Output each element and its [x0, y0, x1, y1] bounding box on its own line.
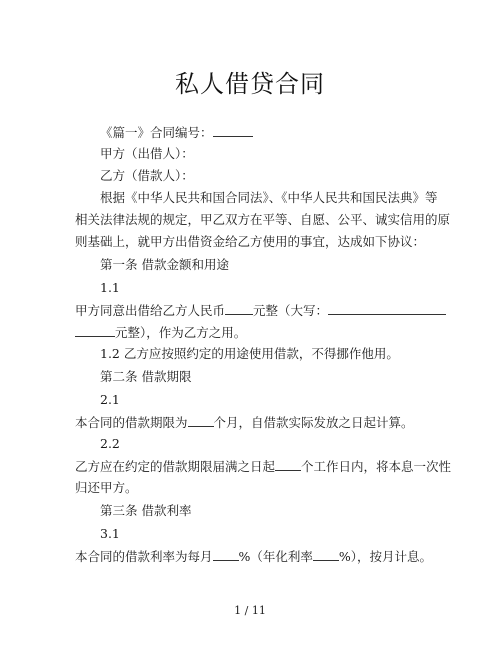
article-1-heading: 第一条 借款金额和用途	[75, 257, 455, 273]
contract-number-label: 《篇一》合同编号：	[100, 125, 213, 140]
amount-words-blank-cont	[75, 324, 115, 337]
monthly-rate-blank	[213, 548, 239, 561]
clause-1-1-text-b: 元整（大写：	[253, 303, 328, 318]
preamble-line-3: 则基础上，就甲方出借资金给乙方使用的事宜，达成如下协议：	[75, 234, 430, 250]
clause-2-1-line: 本合同的借款期限为个月，自借款实际发放之日起计算。	[75, 414, 430, 431]
clause-3-1-text-c: %），按月计息。	[339, 549, 432, 564]
clause-3-1-number: 3.1	[75, 526, 455, 542]
clause-1-1-text-a: 甲方同意出借给乙方人民币	[75, 303, 225, 318]
clause-2-2-line-2: 归还甲方。	[75, 480, 430, 496]
clause-2-2-text-a: 乙方应在约定的借款期限届满之日起	[75, 459, 275, 474]
contract-number-blank	[213, 124, 253, 137]
document-title: 私人借贷合同	[0, 64, 500, 99]
preamble-line-2: 相关法律法规的规定，甲乙双方在平等、自愿、公平、诚实信用的原	[75, 212, 430, 228]
party-b-line: 乙方（借款人）：	[75, 168, 455, 184]
clause-1-1-text-c: 元整），作为乙方之用。	[115, 325, 246, 340]
clause-1-1-line-1: 甲方同意出借给乙方人民币元整（大写：	[75, 302, 430, 319]
amount-words-blank	[328, 302, 446, 315]
clause-2-2-text-b: 个工作日内，将本息一次性	[301, 459, 451, 474]
clause-2-1-number: 2.1	[75, 392, 455, 408]
page-indicator: 1 / 11	[0, 604, 500, 617]
clause-2-2-number: 2.2	[75, 436, 455, 452]
clause-2-1-text-a: 本合同的借款期限为	[75, 415, 188, 430]
clause-1-2: 1.2 乙方应按照约定的用途使用借款，不得挪作他用。	[75, 346, 455, 362]
months-blank	[188, 414, 214, 427]
party-a-line: 甲方（出借人）：	[75, 146, 455, 162]
preamble-line-1: 根据《中华人民共和国合同法》、《中华人民共和国民法典》等	[75, 190, 455, 206]
clause-3-1-text-a: 本合同的借款利率为每月	[75, 549, 213, 564]
workdays-blank	[275, 458, 301, 471]
article-2-heading: 第二条 借款期限	[75, 369, 455, 385]
clause-1-1-number: 1.1	[75, 280, 455, 296]
contract-number-line: 《篇一》合同编号：	[75, 124, 455, 141]
clause-2-2-line-1: 乙方应在约定的借款期限届满之日起个工作日内，将本息一次性	[75, 458, 430, 475]
clause-1-1-line-2: 元整），作为乙方之用。	[75, 324, 430, 341]
clause-3-1-text-b: %（年化利率	[239, 549, 313, 564]
amount-blank	[225, 302, 253, 315]
clause-3-1-line: 本合同的借款利率为每月%（年化利率%），按月计息。	[75, 548, 430, 565]
annual-rate-blank	[313, 548, 339, 561]
article-3-heading: 第三条 借款利率	[75, 503, 455, 519]
clause-2-1-text-b: 个月，自借款实际发放之日起计算。	[214, 415, 414, 430]
